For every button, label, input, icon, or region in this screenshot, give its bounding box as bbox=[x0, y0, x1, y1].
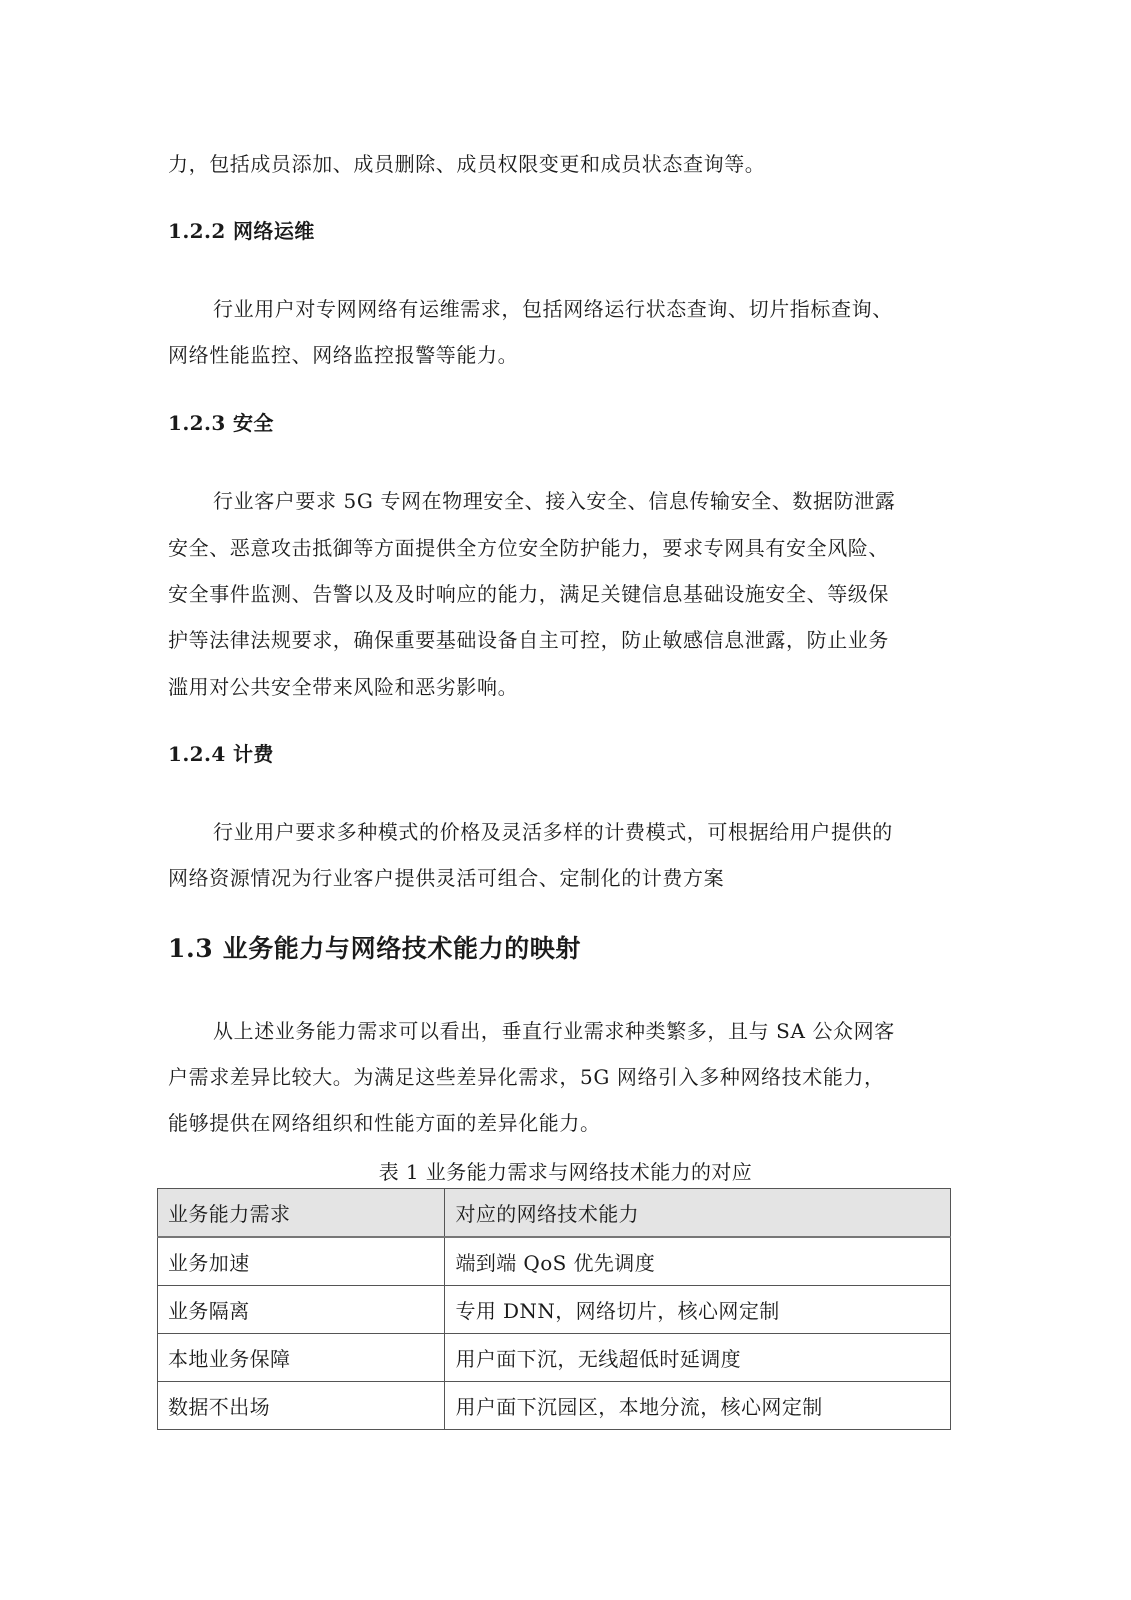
paragraph-line: 户需求差异比较大。为满足这些差异化需求，5G 网络引入多种网络技术能力， bbox=[168, 1065, 885, 1089]
paragraph-line: 网络性能监控、网络监控报警等能力。 bbox=[168, 343, 518, 367]
heading-1-2-4: 1.2.4 计费 bbox=[168, 742, 274, 766]
paragraph-line: 行业客户要求 5G 专网在物理安全、接入安全、信息传输安全、数据防泄露 bbox=[213, 489, 895, 513]
table-row: 数据不出场 用户面下沉园区，本地分流，核心网定制 bbox=[158, 1382, 951, 1430]
paragraph-line: 网络资源情况为行业客户提供灵活可组合、定制化的计费方案 bbox=[168, 866, 724, 890]
table-cell: 业务加速 bbox=[158, 1237, 445, 1286]
table-cell: 专用 DNN，网络切片，核心网定制 bbox=[445, 1286, 951, 1334]
paragraph-line: 安全、恶意攻击抵御等方面提供全方位安全防护能力，要求专网具有安全风险、 bbox=[168, 536, 889, 560]
paragraph-line: 行业用户要求多种模式的价格及灵活多样的计费模式，可根据给用户提供的 bbox=[213, 820, 893, 844]
table-row: 业务隔离 专用 DNN，网络切片，核心网定制 bbox=[158, 1286, 951, 1334]
paragraph-line: 能够提供在网络组织和性能方面的差异化能力。 bbox=[168, 1111, 601, 1135]
paragraph-line: 安全事件监测、告警以及及时响应的能力，满足关键信息基础设施安全、等级保 bbox=[168, 582, 889, 606]
paragraph-line: 滥用对公共安全带来风险和恶劣影响。 bbox=[168, 675, 518, 699]
table-cell: 端到端 QoS 优先调度 bbox=[445, 1237, 951, 1286]
paragraph-line: 从上述业务能力需求可以看出，垂直行业需求种类繁多，且与 SA 公众网客 bbox=[213, 1019, 895, 1043]
heading-1-2-2: 1.2.2 网络运维 bbox=[168, 219, 315, 243]
heading-1-3: 1.3 业务能力与网络技术能力的映射 bbox=[168, 934, 581, 964]
heading-1-2-3: 1.2.3 安全 bbox=[168, 411, 274, 435]
paragraph-line: 力，包括成员添加、成员删除、成员权限变更和成员状态查询等。 bbox=[168, 152, 765, 176]
table-cell: 业务隔离 bbox=[158, 1286, 445, 1334]
capability-mapping-table: 业务能力需求 对应的网络技术能力 业务加速 端到端 QoS 优先调度 业务隔离 … bbox=[157, 1188, 951, 1430]
paragraph-line: 护等法律法规要求，确保重要基础设备自主可控，防止敏感信息泄露，防止业务 bbox=[168, 628, 889, 652]
table-caption: 表 1 业务能力需求与网络技术能力的对应 bbox=[0, 1160, 1131, 1184]
table-row: 业务加速 端到端 QoS 优先调度 bbox=[158, 1237, 951, 1286]
paragraph-line: 行业用户对专网网络有运维需求，包括网络运行状态查询、切片指标查询、 bbox=[213, 297, 893, 321]
table-cell: 数据不出场 bbox=[158, 1382, 445, 1430]
table-header-row: 业务能力需求 对应的网络技术能力 bbox=[158, 1189, 951, 1238]
table-cell: 本地业务保障 bbox=[158, 1334, 445, 1382]
document-page: 力，包括成员添加、成员删除、成员权限变更和成员状态查询等。 1.2.2 网络运维… bbox=[0, 0, 1131, 1600]
table-row: 本地业务保障 用户面下沉，无线超低时延调度 bbox=[158, 1334, 951, 1382]
table-cell: 用户面下沉园区，本地分流，核心网定制 bbox=[445, 1382, 951, 1430]
column-header: 业务能力需求 bbox=[158, 1189, 445, 1238]
table-cell: 用户面下沉，无线超低时延调度 bbox=[445, 1334, 951, 1382]
column-header: 对应的网络技术能力 bbox=[445, 1189, 951, 1238]
